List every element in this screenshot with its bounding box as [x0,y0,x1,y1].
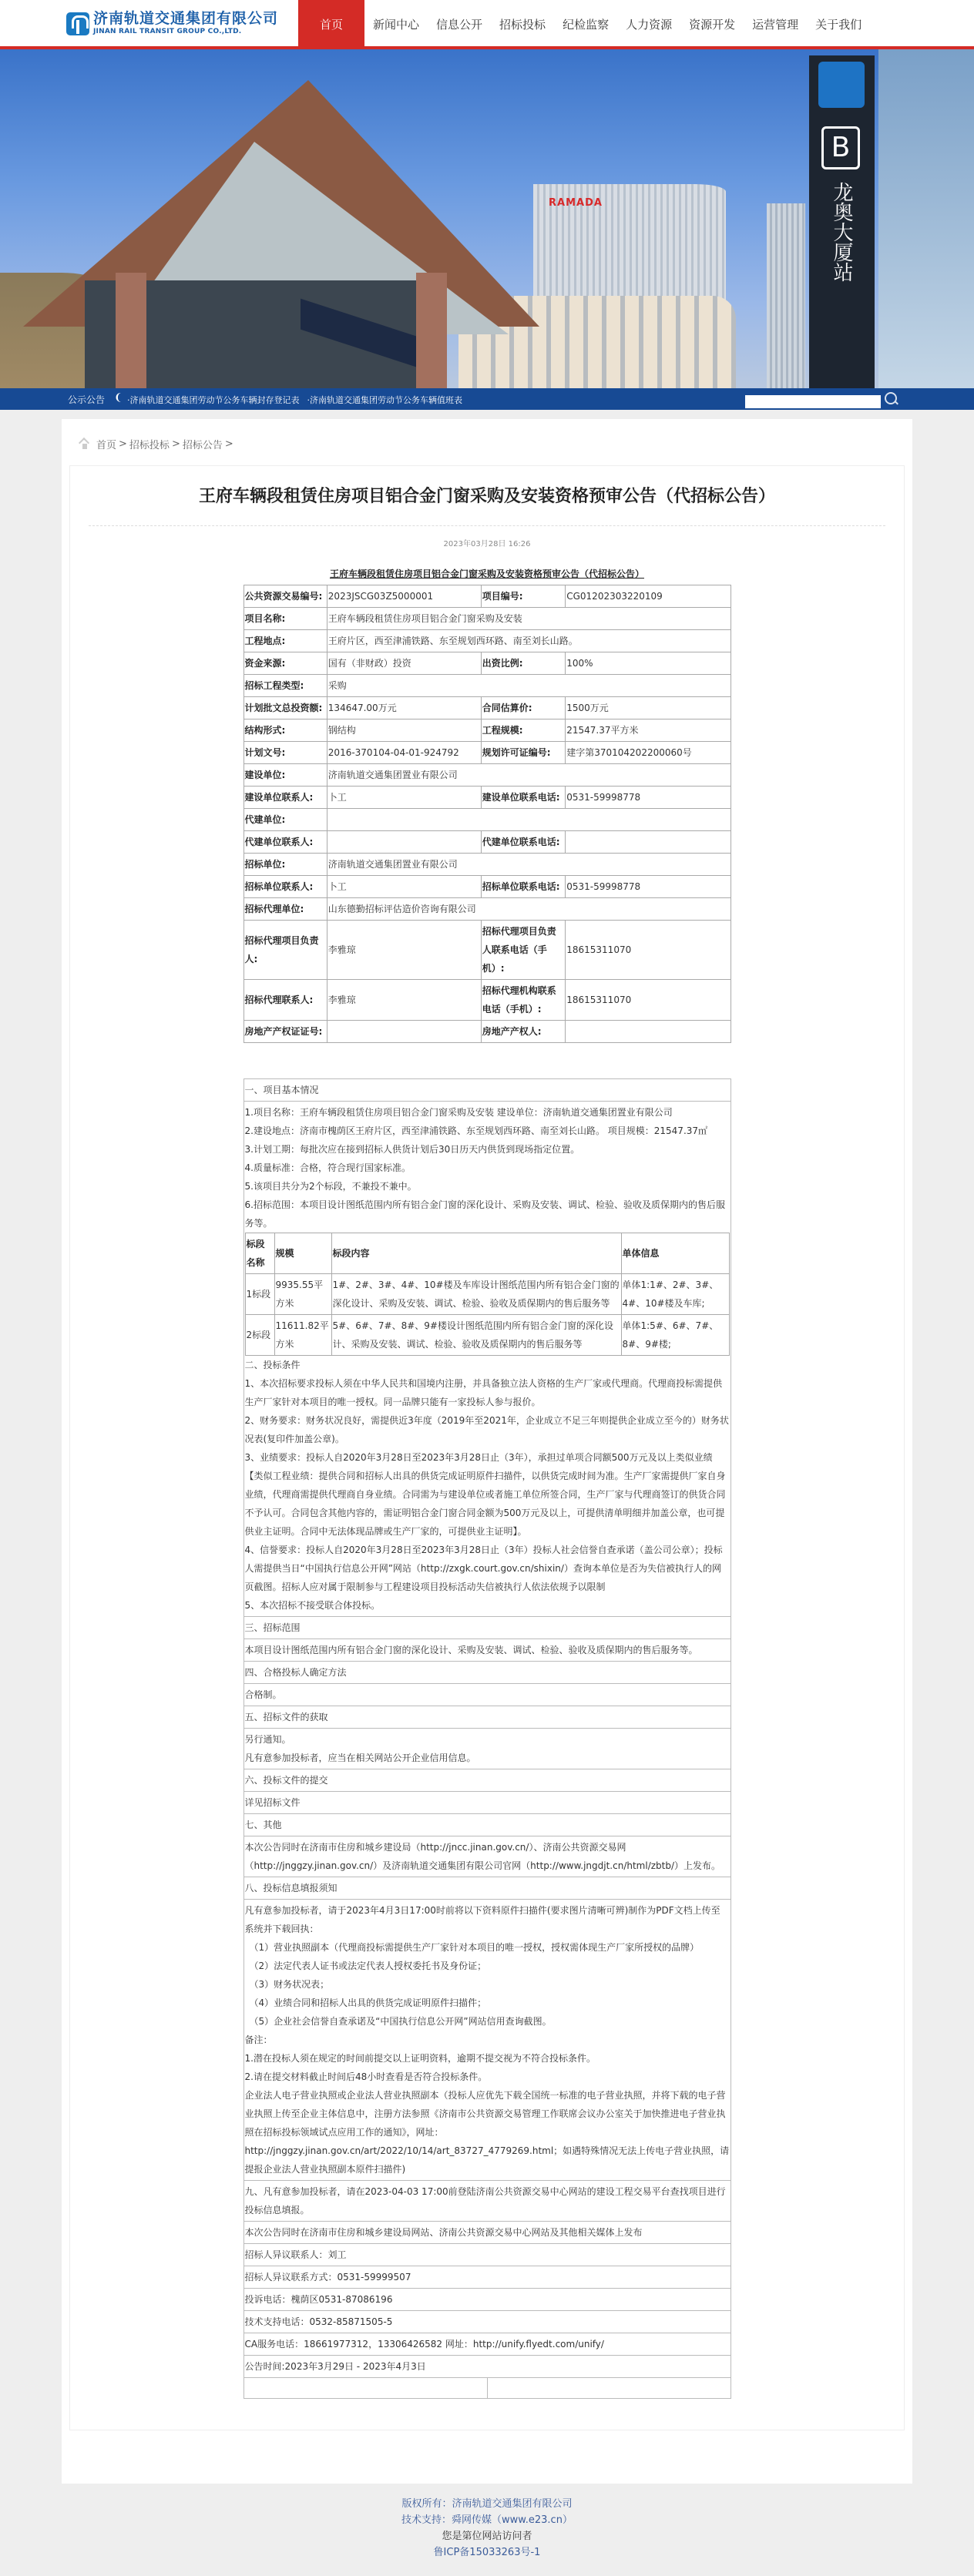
table-row: 九、凡有意参加投标者，请在2023-04-03 17:00前登陆济南公共资源交易… [243,2181,730,2222]
cell-label: 出资比例: [481,652,565,675]
cell-value: 0531-59998778 [566,787,730,809]
paragraph: 企业法人电子营业执照或企业法人营业执照副本（投标人应优先下载全国统一标准的电子营… [245,2086,730,2179]
cell-label: 公共资源交易编号: [243,585,327,608]
section-content: 本次公告同时在济南市住房和城乡建设局网站、济南公共资源交易中心网站及其他相关媒体… [243,2222,730,2244]
cell-value: 2016-370104-04-01-924792 [327,742,481,764]
cell-value: 采购 [327,675,730,697]
cell-label: 招标代理项目负责人联系电话（手机）: [481,921,565,980]
logo-name-cn: 济南轨道交通集团有限公司 [93,12,278,26]
footer-copyright: 版权所有：济南轨道交通集团有限公司 [0,2496,974,2512]
paragraph: 2、财务要求：财务状况良好，需提供近3年度（2019年至2021年，企业成立不足… [245,1411,730,1448]
lot-content: 5#、6#、7#、8#、9#楼设计图纸范围内所有铝合金门窗的深化设计、采购及安装… [331,1315,621,1356]
cell-value: 0531-59998778 [566,876,730,898]
cell-value: 钢结构 [327,719,481,742]
table-row: 1.项目名称：王府车辆段租赁住房项目铝合金门窗采购及安装 建设单位：济南轨道交通… [243,1102,730,1617]
cell-value: 李雅琼 [327,921,481,980]
cell-label: 招标单位联系人: [243,876,327,898]
glass-building [878,49,974,388]
table-row: 另行通知。 凡有意参加投标者，应当在相关网站公开企业信用信息。 [243,1729,730,1769]
tower-right [767,203,805,388]
table-row: 计划批文总投资额: 134647.00万元 合同估算价: 1500万元 [243,697,730,719]
paragraph: 1.潜在投标人须在规定的时间前提交以上证明资料，逾期不提交视为不符合投标条件。 [245,2049,730,2068]
paragraph: 1.项目名称：王府车辆段租赁住房项目铝合金门窗采购及安装 建设单位：济南轨道交通… [245,1103,730,1122]
paragraph: 备注： [245,2031,730,2049]
cell-label: 建设单位: [243,764,327,787]
notice-link[interactable]: ·济南轨道交通集团劳动节公务车辆值班表 [307,394,463,406]
cell-label: 招标单位联系电话: [481,876,565,898]
table-row: 项目名称: 王府车辆段租赁住房项目铝合金门窗采购及安装 [243,608,730,630]
column-header: 标段名称 [245,1233,274,1274]
table-row: 招标人异议联系方式：0531-59999507 [243,2266,730,2289]
cell-label: 代建单位联系人: [243,831,327,854]
nav-about[interactable]: 关于我们 [808,0,868,46]
cell-label: 项目编号: [481,585,565,608]
cell-label: 代建单位: [243,809,327,831]
paragraph: （1）营业执照副本（代理商投标需提供生产厂家针对本项目的唯一授权，授权需体现生产… [245,1938,730,1957]
breadcrumb-sep: > [225,438,233,450]
site-logo[interactable]: 济南轨道交通集团有限公司 JINAN RAIL TRANSIT GROUP CO… [66,12,278,35]
notice-bar: 公示公告 ❨ ·济南轨道交通集团劳动节公务车辆封存登记表 ·济南轨道交通集团劳动… [0,388,974,410]
article: 王府车辆段租赁住房项目铝合金门窗采购及安装资格预审公告（代招标公告） 2023年… [69,465,905,2430]
notice-period: 公告时间:2023年3月29日 - 2023年4月3日 [243,2356,730,2378]
paragraph: 3.计划工期：每批次应在接到招标人供货计划后30日历天内供货到现场指定位置。 [245,1140,730,1159]
table-row: 代建单位联系人: 代建单位联系电话: [243,831,730,854]
table-row: CA服务电话：18661977312，13306426582 网址：http:/… [243,2333,730,2356]
cell-label: 招标代理机构联系电话（手机）: [481,980,565,1021]
table-row: 三、招标范围 [243,1617,730,1639]
paragraph: 4.质量标准：合格，符合现行国家标准。 [245,1159,730,1177]
cell-value: 18615311070 [566,921,730,980]
paragraph: 2.建设地点：济南市槐荫区王府片区，西至津浦铁路、东至规划西环路、南至刘长山路。… [245,1122,730,1140]
cell-value: 18615311070 [566,980,730,1021]
cell-label: 项目名称: [243,608,327,630]
section-heading: 四、合格投标人确定方法 [243,1662,730,1684]
paragraph: （2）法定代表人证书或法定代表人授权委托书及身份证； [245,1957,730,1975]
breadcrumb-sep: > [172,438,180,450]
cell-label: 计划文号: [243,742,327,764]
announcement-body-table: 一、项目基本情况 1.项目名称：王府车辆段租赁住房项目铝合金门窗采购及安装 建设… [243,1078,731,2399]
section-content: 九、凡有意参加投标者，请在2023-04-03 17:00前登陆济南公共资源交易… [243,2181,730,2222]
cell-value [327,831,481,854]
notice-link[interactable]: ·济南轨道交通集团劳动节公务车辆封存登记表 [127,394,300,406]
cell-value: 卜工 [327,876,481,898]
table-row [243,2378,730,2399]
ca-service-phone: CA服务电话：18661977312，13306426582 网址：http:/… [243,2333,730,2356]
section-content: 本次公告同时在济南市住房和城乡建设局（http://jncc.jinan.gov… [243,1836,730,1877]
table-row: 代建单位: [243,809,730,831]
nav-home[interactable]: 首页 [298,0,364,46]
table-row: 房地产产权证证号: 房地产产权人: [243,1021,730,1043]
nav-news[interactable]: 新闻中心 [366,0,426,46]
project-info-table: 公共资源交易编号: 2023JSCG03Z5000001 项目编号: CG012… [243,585,731,1043]
table-row: 工程地点: 王府片区，西至津浦铁路、东至规划西环路、南至刘长山路。 [243,630,730,652]
paragraph: 3、业绩要求：投标人自2020年3月28日至2023年3月28日止（3年），承担… [245,1448,730,1541]
table-row: 计划文号: 2016-370104-04-01-924792 规划许可证编号: … [243,742,730,764]
cell-value: 山东德勤招标评估造价咨询有限公司 [327,898,730,921]
station-name: 龙奥大厦站 [828,182,855,282]
lot-name: 2标段 [245,1315,274,1356]
nav-hr[interactable]: 人力资源 [619,0,679,46]
section-content: 另行通知。 凡有意参加投标者，应当在相关网站公开企业信用信息。 [243,1729,730,1769]
table-row: 四、合格投标人确定方法 [243,1662,730,1684]
nav-bidding[interactable]: 招标投标 [492,0,552,46]
table-row: 建设单位联系人: 卜工 建设单位联系电话: 0531-59998778 [243,787,730,809]
table-row: 技术支持电话：0532-85871505-5 [243,2311,730,2333]
table-row: 2标段 11611.82平方米 5#、6#、7#、8#、9#楼设计图纸范围内所有… [245,1315,729,1356]
column-header: 单体信息 [621,1233,729,1274]
lot-content: 1#、2#、3#、4#、10#楼及车库设计图纸范围内所有铝合金门窗的深化设计、采… [331,1274,621,1315]
main-content: 首页 > 招标投标 > 招标公告 > 王府车辆段租赁住房项目铝合金门窗采购及安装… [62,419,912,2484]
paragraph: 凡有意参加投标者，请于2023年4月3日17:00时前将以下资料原件扫描件(要求… [245,1901,730,1938]
table-row: 八、投标信息填报须知 [243,1877,730,1900]
cell-value: 王府片区，西至津浦铁路、东至规划西环路、南至刘长山路。 [327,630,730,652]
notice-label: 公示公告 [68,393,105,406]
table-row: 公共资源交易编号: 2023JSCG03Z5000001 项目编号: CG012… [243,585,730,608]
table-row: 五、招标文件的获取 [243,1706,730,1729]
cell-value: 国有（非财政）投资 [327,652,481,675]
table-row: 1标段 9935.55平方米 1#、2#、3#、4#、10#楼及车库设计图纸范围… [245,1274,729,1315]
logo-name-en: JINAN RAIL TRANSIT GROUP CO.,LTD. [93,29,278,35]
section-content: 本项目设计图纸范围内所有铝合金门窗的深化设计、采购及安装、调试、检验、验收及质保… [243,1639,730,1662]
paragraph: （5）企业社会信誉自查承诺及“中国执行信息公开网”网站信用查询截图。 [245,2012,730,2031]
cell-value: 王府车辆段租赁住房项目铝合金门窗采购及安装 [327,608,730,630]
cell-value: 134647.00万元 [327,697,481,719]
empty-cell [243,2378,487,2399]
pillar [116,273,146,388]
nav-resource-dev[interactable]: 资源开发 [682,0,742,46]
main-nav: 首页 新闻中心 信息公开 招标投标 纪检监察 人力资源 资源开发 运营管理 关于… [298,0,872,46]
table-row: 招标代理联系人: 李雅琼 招标代理机构联系电话（手机）: 18615311070 [243,980,730,1021]
section-heading: 五、招标文件的获取 [243,1706,730,1729]
cell-value [327,809,730,831]
paragraph: 5.该项目共分为2个标段，不兼投不兼中。 [245,1177,730,1196]
table-row: 招标代理单位: 山东德勤招标评估造价咨询有限公司 [243,898,730,921]
search-input[interactable] [745,395,881,408]
cell-label: 房地产产权证证号: [243,1021,327,1043]
table-header-row: 标段名称 规模 标段内容 单体信息 [245,1233,729,1274]
paragraph: 凡有意参加投标者，应当在相关网站公开企业信用信息。 [245,1749,730,1767]
paragraph: （3）财务状况表； [245,1975,730,1994]
hero-banner: RAMADA B 龙奥大厦站 [0,49,974,388]
cell-label: 规划许可证编号: [481,742,565,764]
section-content: 凡有意参加投标者，请于2023年4月3日17:00时前将以下资料原件扫描件(要求… [243,1900,730,2181]
search-icon[interactable] [884,390,899,407]
cell-value [327,1021,481,1043]
table-row: 资金来源: 国有（非财政）投资 出资比例: 100% [243,652,730,675]
empty-cell [487,2378,730,2399]
section-heading: 一、项目基本情况 [243,1079,730,1102]
cell-label: 招标代理联系人: [243,980,327,1021]
table-row: 招标人异议联系人：刘工 [243,2244,730,2266]
metro-logo-icon [66,12,89,35]
breadcrumb-tender-notice[interactable]: 招标公告 [183,437,223,451]
cell-value: 李雅琼 [327,980,481,1021]
nav-info-disclosure[interactable]: 信息公开 [429,0,489,46]
table-row: 招标工程类型: 采购 [243,675,730,697]
cell-label: 结构形式: [243,719,327,742]
notice-scroll-icon: ❨ [114,392,123,404]
footer-support[interactable]: 技术支持：舜网传媒（www.e23.cn） [0,2512,974,2528]
cell-label: 房地产产权人: [481,1021,565,1043]
cell-label: 工程规模: [481,719,565,742]
lot-name: 1标段 [245,1274,274,1315]
cell-value: 100% [566,652,730,675]
cell-label: 招标代理单位: [243,898,327,921]
paragraph: 另行通知。 [245,1730,730,1749]
table-row: 凡有意参加投标者，请于2023年4月3日17:00时前将以下资料原件扫描件(要求… [243,1900,730,2181]
table-row: 本次公告同时在济南市住房和城乡建设局（http://jncc.jinan.gov… [243,1836,730,1877]
site-header: 济南轨道交通集团有限公司 JINAN RAIL TRANSIT GROUP CO… [0,0,974,49]
column-header: 标段内容 [331,1233,621,1274]
cell-label: 招标工程类型: [243,675,327,697]
breadcrumb-home[interactable]: 首页 [96,437,116,451]
section-content: 详见招标文件 [243,1792,730,1814]
section-heading: 八、投标信息填报须知 [243,1877,730,1900]
section-heading: 三、招标范围 [243,1617,730,1639]
cell-label: 代建单位联系电话: [481,831,565,854]
column-header: 规模 [274,1233,331,1274]
objection-phone: 招标人异议联系方式：0531-59999507 [243,2266,730,2289]
section-content: 1.项目名称：王府车辆段租赁住房项目铝合金门窗采购及安装 建设单位：济南轨道交通… [243,1102,730,1617]
breadcrumb-sep: > [119,438,127,450]
cell-label: 工程地点: [243,630,327,652]
table-row: 六、投标文件的提交 [243,1769,730,1792]
cell-label: 建设单位联系人: [243,787,327,809]
cell-value: CG01202303220109 [566,585,730,608]
cell-value: 济南轨道交通集团置业有限公司 [327,854,730,876]
section-content: 合格制。 [243,1684,730,1706]
cell-value: 建字第370104202200060号 [566,742,730,764]
objection-contact: 招标人异议联系人：刘工 [243,2244,730,2266]
cell-value [566,1021,730,1043]
paragraph: 1、本次招标要求投标人须在中华人民共和国境内注册，并具备独立法人资格的生产厂家或… [245,1374,730,1411]
table-row: 结构形式: 钢结构 工程规模: 21547.37平方米 [243,719,730,742]
cell-label: 资金来源: [243,652,327,675]
cell-value: 卜工 [327,787,481,809]
exit-letter: B [821,126,860,169]
paragraph: 6.招标范围：本项目设计图纸范围内所有铝合金门窗的深化设计、采购及安装、调试、检… [245,1196,730,1233]
cell-label: 计划批文总投资额: [243,697,327,719]
cell-label: 招标单位: [243,854,327,876]
table-row: 本次公告同时在济南市住房和城乡建设局网站、济南公共资源交易中心网站及其他相关媒体… [243,2222,730,2244]
table-row: 招标单位: 济南轨道交通集团置业有限公司 [243,854,730,876]
lots-table: 标段名称 规模 标段内容 单体信息 1标段 9935.55平方米 1#、2#、3… [245,1233,730,1356]
cell-label: 合同估算价: [481,697,565,719]
article-title: 王府车辆段租赁住房项目铝合金门窗采购及安装资格预审公告（代招标公告） [89,466,885,526]
nav-discipline[interactable]: 纪检监察 [556,0,616,46]
footer-visitor: 您是第位网站访问者 [0,2528,974,2544]
breadcrumb-bidding[interactable]: 招标投标 [129,437,170,451]
cell-label: 招标代理项目负责人: [243,921,327,980]
home-icon [79,438,90,449]
paragraph: 4、信誉要求：投标人自2020年3月28日至2023年3月28日止（3年）投标人… [245,1541,730,1596]
cell-value: 济南轨道交通集团置业有限公司 [327,764,730,787]
table-row: 招标单位联系人: 卜工 招标单位联系电话: 0531-59998778 [243,876,730,898]
table-row: 建设单位: 济南轨道交通集团置业有限公司 [243,764,730,787]
pillar [416,273,447,388]
document-title: 王府车辆段租赁住房项目铝合金门窗采购及安装资格预审公告（代招标公告） [89,567,885,580]
cell-label: 建设单位联系电话: [481,787,565,809]
paragraph: 5、本次招标不接受联合体投标。 [245,1596,730,1615]
site-footer: 版权所有：济南轨道交通集团有限公司 技术支持：舜网传媒（www.e23.cn） … [0,2484,974,2576]
table-row: 投诉电话：槐荫区0531-87086196 [243,2289,730,2311]
ramada-sign: RAMADA [549,197,603,209]
complaint-phone: 投诉电话：槐荫区0531-87086196 [243,2289,730,2311]
section-heading: 二、投标条件 [245,1356,730,1374]
tech-support-phone: 技术支持电话：0532-85871505-5 [243,2311,730,2333]
paragraph: （4）业绩合同和招标人出具的供货完成证明原件扫描件； [245,1994,730,2012]
table-row: 招标代理项目负责人: 李雅琼 招标代理项目负责人联系电话（手机）: 186153… [243,921,730,980]
table-row: 详见招标文件 [243,1792,730,1814]
lot-units: 单体1:5#、6#、7#、8#、9#楼; [621,1315,729,1356]
section-heading: 七、其他 [243,1814,730,1836]
cell-value: 2023JSCG03Z5000001 [327,585,481,608]
cell-value: 21547.37平方米 [566,719,730,742]
table-row: 七、其他 [243,1814,730,1836]
table-row: 一、项目基本情况 [243,1079,730,1102]
section-heading: 六、投标文件的提交 [243,1769,730,1792]
article-date: 2023年03月28日 16:26 [89,526,885,562]
breadcrumb: 首页 > 招标投标 > 招标公告 > [69,419,905,454]
table-row: 合格制。 [243,1684,730,1706]
cell-value [566,831,730,854]
paragraph: 2.请在提交材料截止时间后48小时查看是否符合投标条件。 [245,2068,730,2086]
nav-operations[interactable]: 运营管理 [745,0,805,46]
metro-logo-icon [818,62,865,108]
table-row: 公告时间:2023年3月29日 - 2023年4月3日 [243,2356,730,2378]
table-row: 本项目设计图纸范围内所有铝合金门窗的深化设计、采购及安装、调试、检验、验收及质保… [243,1639,730,1662]
cell-value: 1500万元 [566,697,730,719]
lot-scale: 11611.82平方米 [274,1315,331,1356]
lot-scale: 9935.55平方米 [274,1274,331,1315]
footer-icp[interactable]: 鲁ICP备15033263号-1 [0,2544,974,2561]
lot-units: 单体1:1#、2#、3#、4#、10#楼及车库; [621,1274,729,1315]
